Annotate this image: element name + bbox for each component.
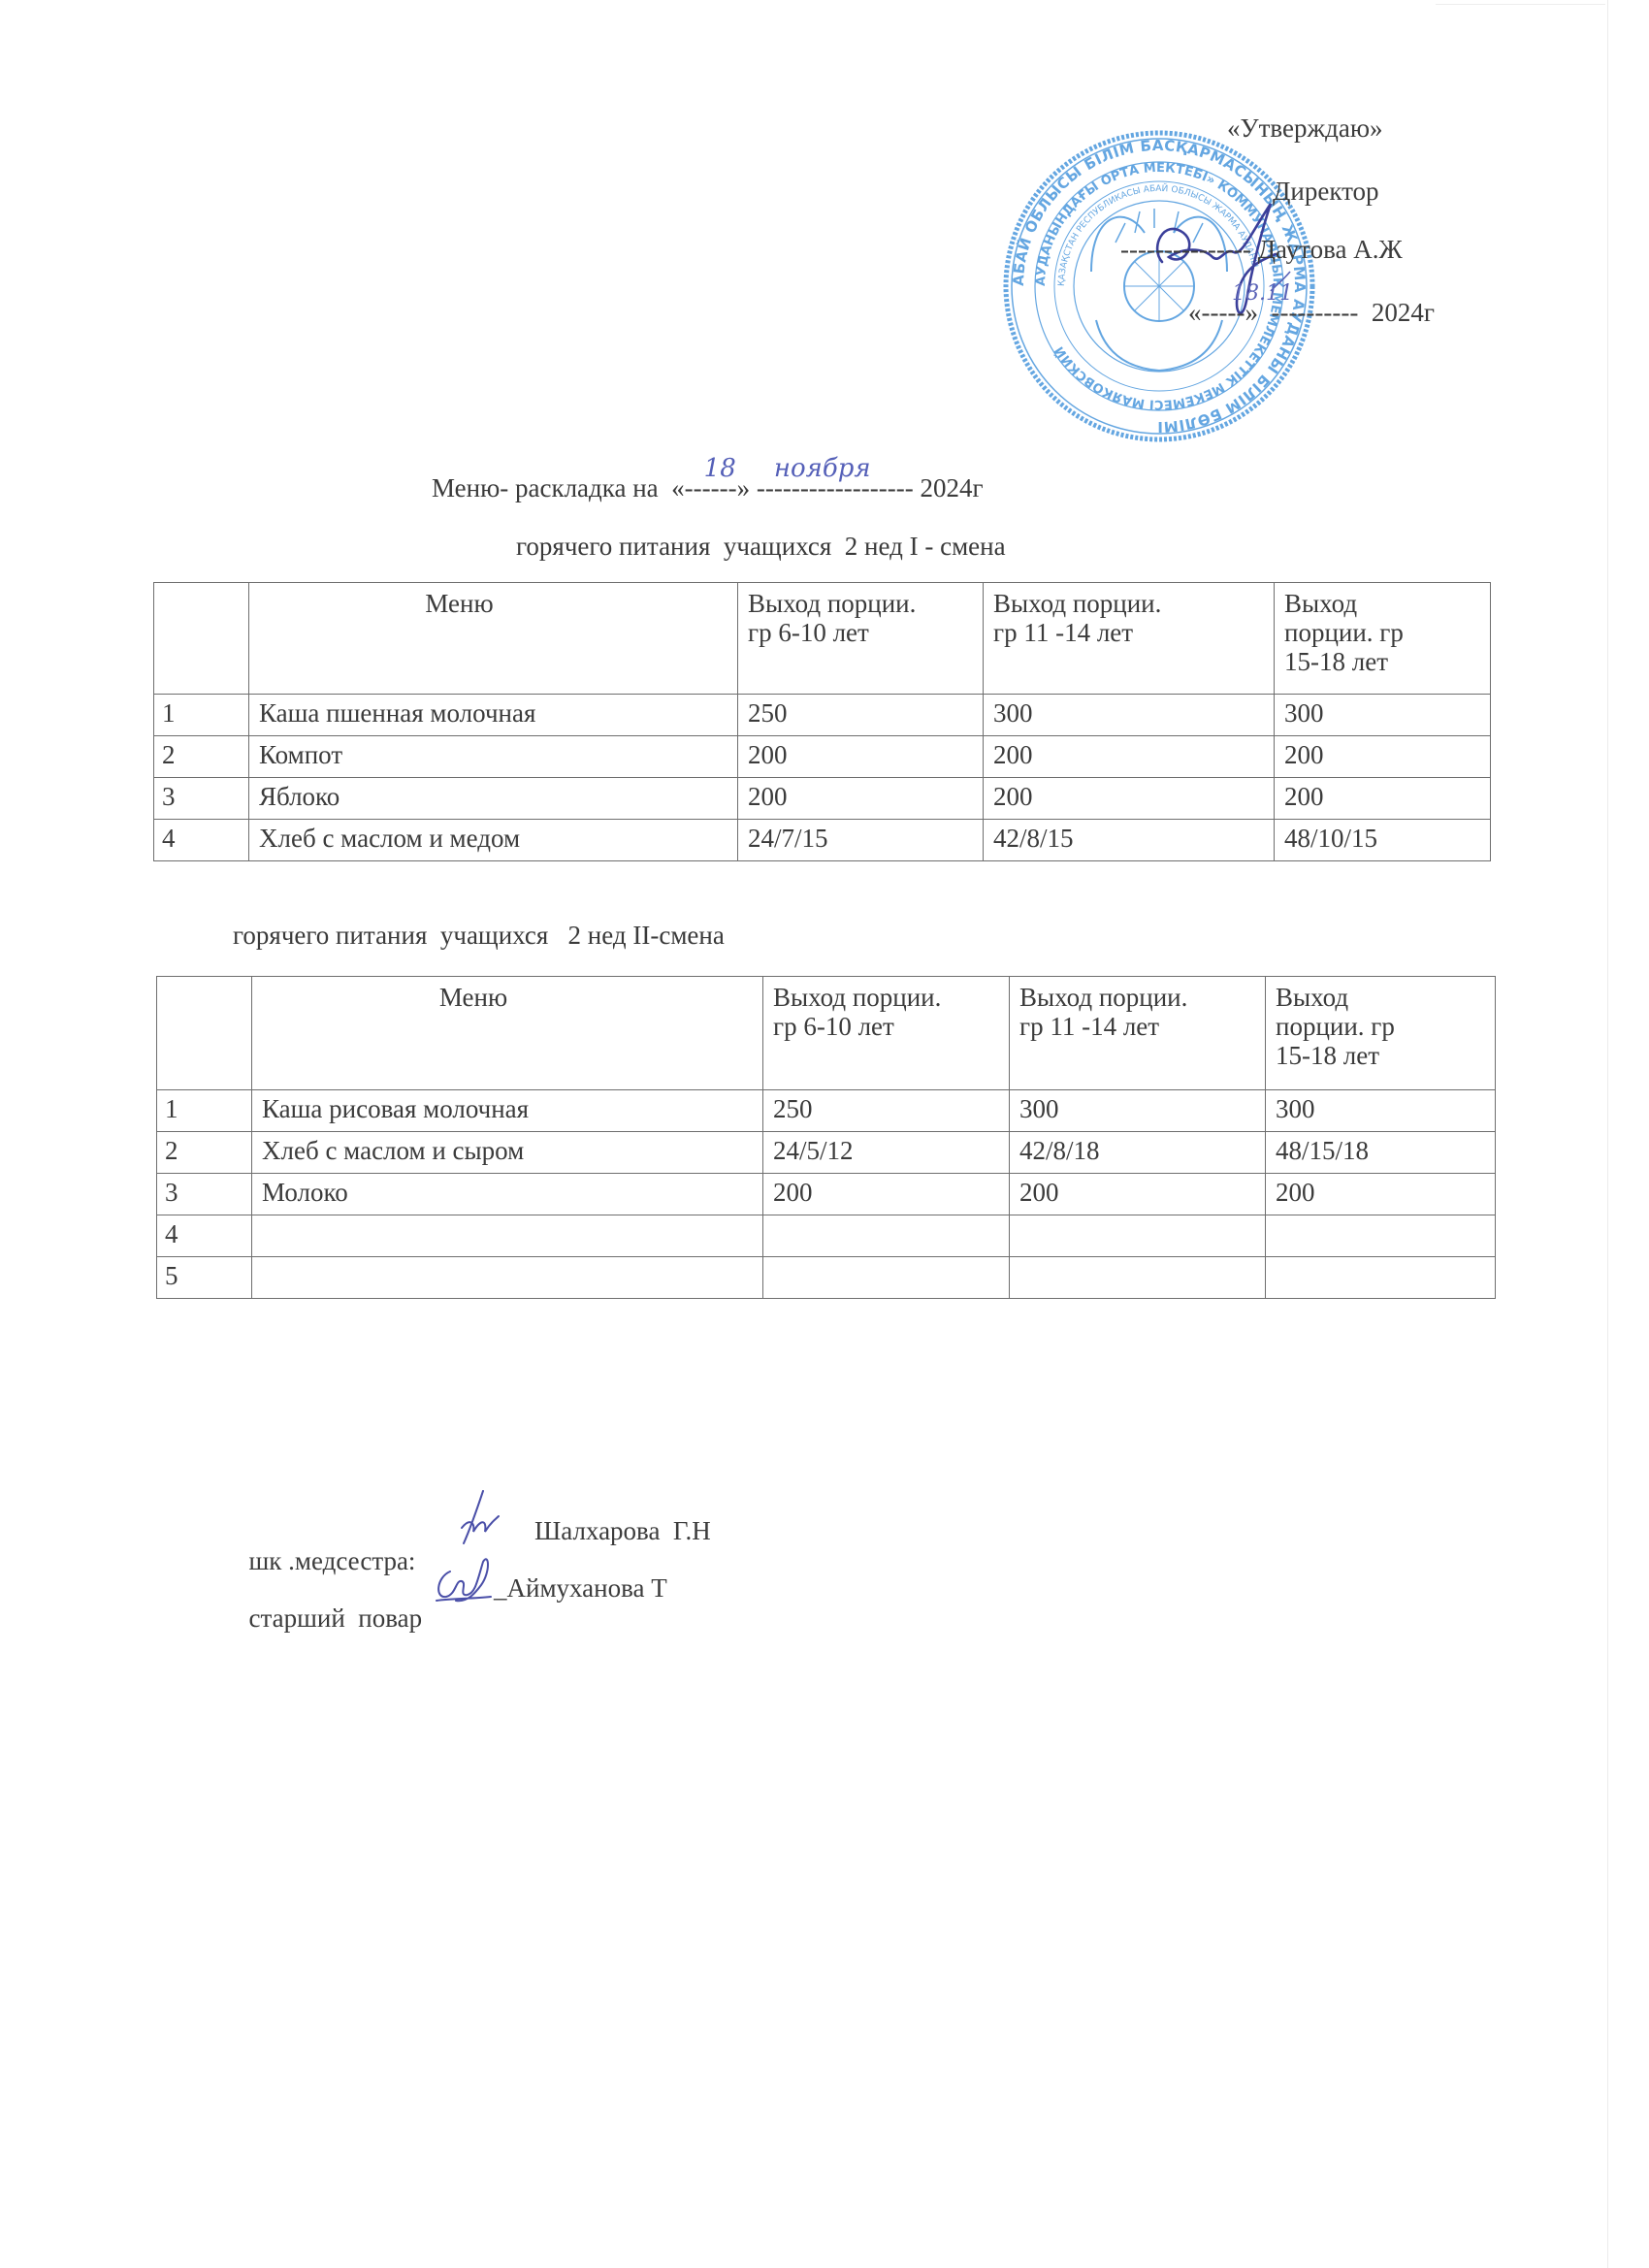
- portion-11-14: 200: [1010, 1174, 1266, 1215]
- dish-name: Хлеб с маслом и сыром: [252, 1132, 763, 1174]
- header-portion-3: Выходпорции. гр15-18 лет: [1275, 583, 1491, 695]
- cook-signature-icon: [433, 1552, 501, 1606]
- header-line: порции. гр: [1284, 618, 1490, 647]
- dish-name: Каша пшенная молочная: [249, 695, 738, 736]
- portion-11-14: [1010, 1215, 1266, 1257]
- dish-name: Яблоко: [249, 778, 738, 820]
- portion-6-10: 24/7/15: [738, 820, 984, 861]
- page-edge-top: [1436, 4, 1605, 5]
- portion-11-14: 42/8/18: [1010, 1132, 1266, 1174]
- header-portion-3: Выходпорции. гр15-18 лет: [1266, 977, 1496, 1090]
- header-portion-1: Выход порции.гр 6-10 лет: [738, 583, 984, 695]
- table-row: 5: [157, 1257, 1496, 1299]
- header-line: гр 11 -14 лет: [1019, 1012, 1265, 1041]
- header-line: гр 11 -14 лет: [993, 618, 1274, 647]
- approval-role: Директор: [1273, 177, 1379, 207]
- header-number: [154, 583, 249, 695]
- header-line: Меню: [249, 589, 669, 618]
- portion-11-14: 42/8/15: [984, 820, 1275, 861]
- table-row: 3Яблоко200200200: [154, 778, 1491, 820]
- approval-date-line: «-----» ---------- 2024г: [1188, 298, 1435, 328]
- portion-15-18: 300: [1275, 695, 1491, 736]
- document-title: Меню- раскладка на «------18» ----------…: [432, 473, 984, 503]
- header-line: Выход порции.: [773, 983, 1009, 1012]
- dish-name: Молоко: [252, 1174, 763, 1215]
- header-line: порции. гр: [1276, 1012, 1495, 1041]
- cook-signature-line: старший повар _Аймуханова Т: [236, 1573, 422, 1694]
- approval-title: «Утверждаю»: [1227, 113, 1383, 144]
- portion-15-18: 300: [1266, 1090, 1496, 1132]
- header-portion-1: Выход порции.гр 6-10 лет: [763, 977, 1010, 1090]
- header-line: 15-18 лет: [1284, 647, 1490, 676]
- dish-name: Компот: [249, 736, 738, 778]
- portion-6-10: 200: [738, 736, 984, 778]
- header-line: гр 6-10 лет: [773, 1012, 1009, 1041]
- portion-11-14: 300: [984, 695, 1275, 736]
- header-number: [157, 977, 252, 1090]
- approval-director-name: --------------- Даутова А.Ж: [1120, 235, 1403, 265]
- row-number: 5: [157, 1257, 252, 1299]
- cook-label: старший повар: [249, 1604, 423, 1633]
- handwritten-month: ноября: [774, 454, 871, 483]
- header-line: Меню: [252, 983, 695, 1012]
- header-menu: Меню: [249, 583, 738, 695]
- portion-15-18: 200: [1275, 736, 1491, 778]
- header-line: Выход: [1276, 983, 1495, 1012]
- table-row: 4: [157, 1215, 1496, 1257]
- title-prefix: Меню- раскладка на «: [432, 473, 685, 502]
- table-row: 3Молоко200200200: [157, 1174, 1496, 1215]
- row-number: 1: [157, 1090, 252, 1132]
- header-portion-2: Выход порции.гр 11 -14 лет: [984, 583, 1275, 695]
- nurse-signature-icon: [454, 1489, 502, 1547]
- handwritten-day: 18: [704, 454, 736, 483]
- portion-6-10: 200: [738, 778, 984, 820]
- dish-name: [252, 1215, 763, 1257]
- nurse-label: шк .медсестра:: [249, 1546, 416, 1575]
- portion-6-10: [763, 1215, 1010, 1257]
- row-number: 4: [157, 1215, 252, 1257]
- row-number: 1: [154, 695, 249, 736]
- table-header-row: МенюВыход порции.гр 6-10 летВыход порции…: [154, 583, 1491, 695]
- portion-6-10: 24/5/12: [763, 1132, 1010, 1174]
- shift-1-menu-table: МенюВыход порции.гр 6-10 летВыход порции…: [153, 582, 1491, 861]
- dish-name: [252, 1257, 763, 1299]
- table-row: 2Компот200200200: [154, 736, 1491, 778]
- table-row: 1Каша пшенная молочная250300300: [154, 695, 1491, 736]
- header-portion-2: Выход порции.гр 11 -14 лет: [1010, 977, 1266, 1090]
- portion-6-10: 200: [763, 1174, 1010, 1215]
- nurse-name: Шалхарова Г.Н: [534, 1516, 711, 1546]
- header-line: Выход порции.: [748, 589, 983, 618]
- cook-name: _Аймуханова Т: [494, 1573, 667, 1604]
- row-number: 4: [154, 820, 249, 861]
- header-line: Выход: [1284, 589, 1490, 618]
- portion-15-18: 48/15/18: [1266, 1132, 1496, 1174]
- row-number: 3: [157, 1174, 252, 1215]
- title-mid: »: [737, 473, 757, 502]
- portion-11-14: 200: [984, 736, 1275, 778]
- table-row: 2Хлеб с маслом и сыром24/5/1242/8/1848/1…: [157, 1132, 1496, 1174]
- header-line: 15-18 лет: [1276, 1041, 1495, 1070]
- title-year: 2024г: [914, 473, 984, 502]
- portion-15-18: [1266, 1215, 1496, 1257]
- row-number: 3: [154, 778, 249, 820]
- dish-name: Хлеб с маслом и медом: [249, 820, 738, 861]
- page-edge: [1607, 0, 1608, 2268]
- table-row: 4Хлеб с маслом и медом24/7/1542/8/1548/1…: [154, 820, 1491, 861]
- header-menu: Меню: [252, 977, 763, 1090]
- dish-name: Каша рисовая молочная: [252, 1090, 763, 1132]
- header-line: гр 6-10 лет: [748, 618, 983, 647]
- portion-15-18: 48/10/15: [1275, 820, 1491, 861]
- table-row: 1Каша рисовая молочная250300300: [157, 1090, 1496, 1132]
- row-number: 2: [154, 736, 249, 778]
- portion-15-18: [1266, 1257, 1496, 1299]
- portion-6-10: 250: [738, 695, 984, 736]
- portion-6-10: 250: [763, 1090, 1010, 1132]
- portion-11-14: 200: [984, 778, 1275, 820]
- shift-1-title: горячего питания учащихся 2 нед I - смен…: [516, 532, 1006, 562]
- row-number: 2: [157, 1132, 252, 1174]
- portion-11-14: [1010, 1257, 1266, 1299]
- portion-11-14: 300: [1010, 1090, 1266, 1132]
- table-header-row: МенюВыход порции.гр 6-10 летВыход порции…: [157, 977, 1496, 1090]
- portion-15-18: 200: [1266, 1174, 1496, 1215]
- shift-2-title: горячего питания учащихся 2 нед II-смена: [233, 921, 725, 951]
- portion-6-10: [763, 1257, 1010, 1299]
- header-line: Выход порции.: [993, 589, 1274, 618]
- shift-2-menu-table: МенюВыход порции.гр 6-10 летВыход порции…: [156, 976, 1496, 1299]
- header-line: Выход порции.: [1019, 983, 1265, 1012]
- portion-15-18: 200: [1275, 778, 1491, 820]
